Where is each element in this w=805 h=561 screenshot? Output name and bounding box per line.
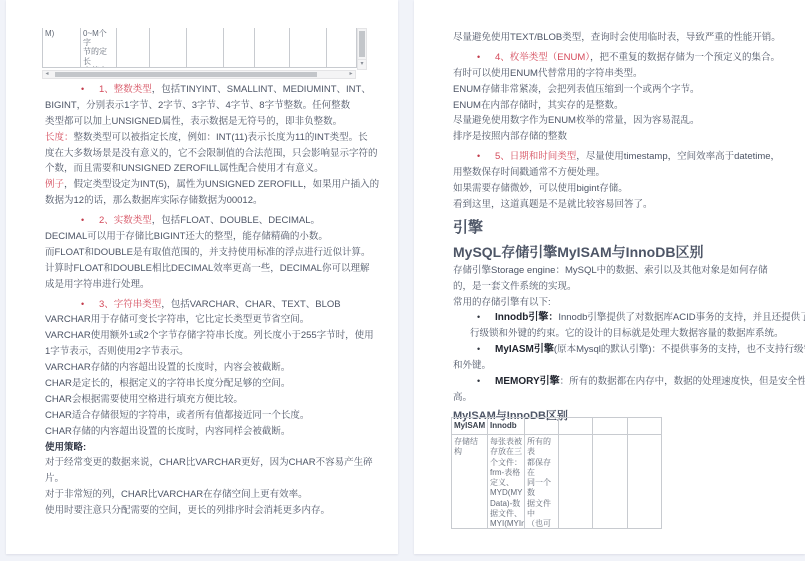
text-line: •Innodb引擎：Innodb引擎提供了对数据库ACID事务的支持，并且还提供… [453,310,779,326]
text-line: 而FLOAT和DOUBLE是有取值范围的，并支持使用标准的浮点进行近似计算。 [45,245,371,261]
text-line: 用整数保存时间戳通常不方便处理。 [453,165,779,181]
text-segment: (原本Mysql的默认引擎)：不提供事务的支持，也不支持行级锁 [554,344,805,355]
table-cell: 存储结构 [452,435,488,529]
text-segment: ，包括VARCHAR、CHAR、TEXT、BLOB [161,299,340,310]
text-line: ENUM存储非常紧凑，会把列表值压缩到一个或两个字节。 [453,82,779,98]
table-cell [559,435,593,529]
text-line: •MEMORY引擎：所有的数据都在内存中，数据的处理速度快，但是安全性不 [453,374,779,390]
document-page-left: M)0~M个字 节的定长 字节字符 串 ◂ ▸ ▾ •1、整数类型，包括TINY… [6,0,398,554]
bullet-icon: • [81,213,99,229]
text-segment: BIGINT，分别表示1字节、2字节、3字节、4字节、8字节整数。任何整数 [45,100,350,111]
table-cell [327,28,357,67]
table-cell: 所有的表 都保存在 同一个数 据文件中 （也可能 是多个文 件，或者 是独立的 … [525,435,559,529]
text-segment: ，包括FLOAT、DOUBLE、DECIMAL。 [152,215,320,226]
text-line: 个数，而且需要和UNSIGNED ZEROFILL属性配合使用才有意义。 [45,161,371,177]
bullet-icon: • [477,310,495,326]
table-cell [559,418,593,435]
text-segment: ENUM在内部存储时，其实存的是整数。 [453,100,623,111]
heading: MySQL存储引擎MyISAM与InnoDB区别 [453,241,779,263]
text-segment: CHAR适合存储很短的字符串，或者所有值都接近同一个长度。 [45,410,309,421]
table-cell [117,28,150,67]
text-segment: 类型都可以加上UNSIGNED属性，表示数据是无符号的，即非负整数。 [45,116,342,127]
text-line: ENUM在内部存储时，其实存的是整数。 [453,98,779,114]
text-line: 的，是一套文件系统的实现。 [453,279,779,295]
text-line: 如果需要存储微妙，可以使用bigint存储。 [453,181,779,197]
text-segment: 对于经常变更的数据来说，CHAR比VARCHAR更好，因为CHAR不容易产生碎 [45,457,373,468]
bullet-icon: • [477,342,495,358]
text-segment: 如果需要存储微妙，可以使用bigint存储。 [453,183,628,194]
text-segment: 2、实数类型 [99,215,152,226]
right-table-header: MyISAMInnodb [452,417,662,435]
table-cell [290,28,327,67]
table-cell [525,418,559,435]
text-line: 度在大多数场景是没有意义的，它不会限制值的合法范围，只会影响显示字符的 [45,146,371,162]
text-line: 尽量避免使用数字作为ENUM枚举的常量，因为容易混乱。 [453,113,779,129]
horizontal-scrollbar[interactable]: ◂ ▸ [42,70,356,79]
text-segment: 和外键。 [453,360,491,371]
text-line: VARCHAR使用额外1或2个字节存储字符串长度。列长度小于255字节时，使用 [45,328,371,344]
text-line: 有时可以使用ENUM代替常用的字符串类型。 [453,66,779,82]
text-segment: 成是用字符串进行处理。 [45,279,150,290]
text-segment: 有时可以使用ENUM代替常用的字符串类型。 [453,68,642,79]
text-line: BIGINT，分别表示1字节、2字节、3字节、4字节、8字节整数。任何整数 [45,98,371,114]
text-segment: 尽量避免使用TEXT/BLOB类型，查询时会使用临时表，导致严重的性能开销。 [453,32,781,43]
vertical-scrollbar-thumb[interactable] [359,31,365,57]
text-segment: ，把不重复的数据存储为一个预定义的集合。 [590,52,780,63]
text-line: 计算时FLOAT和DOUBLE相比DECIMAL效率更高一些，DECIMAL你可… [45,261,371,277]
table-cell [187,28,224,67]
text-segment: 存储引擎Storage engine：MySQL中的数据、索引以及其他对象是如何… [453,265,768,276]
horizontal-scrollbar-thumb[interactable] [55,72,317,77]
text-segment: 排序是按照内部存储的整数 [453,131,567,142]
text-segment: 用整数保存时间戳通常不方便处理。 [453,167,605,178]
text-line: 使用策略: [45,440,371,456]
text-segment: 行级锁和外键的约束。它的设计的目标就是处理大数据容量的数据库系统。 [470,328,784,339]
text-segment: 高。 [453,392,472,403]
bullet-icon: • [477,50,495,66]
table-cell: 每张表被 存放在三 个文件： frm-表格 定义、 MYD(MY Data)-数… [488,435,525,529]
table-cell [593,418,628,435]
text-line: 使用时要注意只分配需要的空间，更长的列排序时会消耗更多内存。 [45,503,371,519]
text-segment: 而FLOAT和DOUBLE是有取值范围的，并支持使用标准的浮点进行近似计算。 [45,247,370,258]
text-segment: DECIMAL可以用于存储比BIGINT还大的整型，能存储精确的小数。 [45,231,328,242]
right-table-row: 存储结构每张表被 存放在三 个文件： frm-表格 定义、 MYD(MY Dat… [452,435,662,529]
text-segment: MEMORY引擎 [495,376,560,387]
text-line: 排序是按照内部存储的整数 [453,129,779,145]
bullet-icon: • [477,149,495,165]
text-segment: 例子 [45,179,64,190]
text-line: 和外键。 [453,358,779,374]
text-line: 1字节表示，否则使用2字节表示。 [45,344,371,360]
left-table-row: M)0~M个字 节的定长 字节字符 串 [43,28,357,67]
text-line: CHAR存储的内容超出设置的长度时，内容同样会被截断。 [45,424,371,440]
text-segment: VARCHAR存储的内容超出设置的长度时，内容会被截断。 [45,362,290,373]
text-line: 存储引擎Storage engine：MySQL中的数据、索引以及其他对象是如何… [453,263,779,279]
text-segment: MySQL存储引擎MyISAM与InnoDB区别 [453,244,703,260]
text-segment: ，包括TINYINT、SMALLINT、MEDIUMINT、INT、 [152,84,371,95]
text-line: VARCHAR用于存储可变长字符串，它比定长类型更节省空间。 [45,312,371,328]
document-viewer: M)0~M个字 节的定长 字节字符 串 ◂ ▸ ▾ •1、整数类型，包括TINY… [0,0,805,561]
text-segment: VARCHAR使用额外1或2个字节存储字符串长度。列长度小于255字节时，使用 [45,330,374,341]
text-segment: MyIASM引擎 [495,344,554,355]
text-segment: 计算时FLOAT和DOUBLE相比DECIMAL效率更高一些，DECIMAL你可… [45,263,369,274]
text-line: VARCHAR存储的内容超出设置的长度时，内容会被截断。 [45,360,371,376]
text-segment: 度在大多数场景是没有意义的，它不会限制值的合法范围，只会影响显示字符的 [45,148,378,159]
table-cell [255,28,290,67]
right-page-text: 尽量避免使用TEXT/BLOB类型，查询时会使用临时表，导致严重的性能开销。•4… [453,30,779,424]
text-segment: 整数类型可以被指定长度，例如：INT(11)表示长度为11的INT类型。长 [74,132,368,143]
text-segment: 尽量避免使用数字作为ENUM枚举的常量，因为容易混乱。 [453,115,699,126]
text-segment: 1、整数类型 [99,84,152,95]
text-line: •5、日期和时间类型，尽量使用timestamp，空间效率高于datetime， [453,149,779,165]
text-segment: 对于非常短的列，CHAR比VARCHAR在存储空间上更有效率。 [45,489,308,500]
text-segment: 长度： [45,132,74,143]
text-line: •MyIASM引擎(原本Mysql的默认引擎)：不提供事务的支持，也不支持行级锁 [453,342,779,358]
bullet-icon: • [477,374,495,390]
text-line: 对于非常短的列，CHAR比VARCHAR在存储空间上更有效率。 [45,487,371,503]
text-segment: 使用策略: [45,442,86,453]
text-segment: 使用时要注意只分配需要的空间，更长的列排序时会消耗更多内存。 [45,505,330,516]
text-segment: 引擎 [453,219,483,236]
table-cell: Innodb [488,418,525,435]
text-segment: VARCHAR用于存储可变长字符串，它比定长类型更节省空间。 [45,314,309,325]
text-segment: ，假定类型设定为INT(5)，属性为UNSIGNED ZEROFILL，如果用户… [64,179,379,190]
text-line: 行级锁和外键的约束。它的设计的目标就是处理大数据容量的数据库系统。 [453,326,779,342]
left-page-text: •1、整数类型，包括TINYINT、SMALLINT、MEDIUMINT、INT… [45,82,371,519]
text-line: 类型都可以加上UNSIGNED属性，表示数据是无符号的，即非负整数。 [45,114,371,130]
scroll-left-icon[interactable]: ◂ [43,70,51,79]
text-segment: 片。 [45,473,64,484]
text-line: •2、实数类型，包括FLOAT、DOUBLE、DECIMAL。 [45,213,371,229]
bullet-icon: • [81,82,99,98]
text-line: 看到这里，这道真题是不是就比较容易回答了。 [453,197,779,213]
text-segment: 的，是一套文件系统的实现。 [453,281,577,292]
datatype-table-fragment: M)0~M个字 节的定长 字节字符 串 [42,28,357,68]
document-page-right: 尽量避免使用TEXT/BLOB类型，查询时会使用临时表，导致严重的性能开销。•4… [414,0,805,554]
text-line: •1、整数类型，包括TINYINT、SMALLINT、MEDIUMINT、INT… [45,82,371,98]
text-line: •4、枚举类型（ENUM），把不重复的数据存储为一个预定义的集合。 [453,50,779,66]
text-segment: ，尽量使用timestamp，空间效率高于datetime， [576,151,780,162]
table-cell [628,435,662,529]
table-cell: 0~M个字 节的定长 字节字符 串 [81,28,117,67]
text-segment: ENUM存储非常紧凑，会把列表值压缩到一个或两个字节。 [453,84,699,95]
text-segment: CHAR是定长的，根据定义的字符串长度分配足够的空间。 [45,378,290,389]
text-line: 片。 [45,471,371,487]
text-segment: 常用的存储引擎有以下: [453,297,551,308]
text-segment: 3、字符串类型 [99,299,161,310]
text-segment: CHAR存储的内容超出设置的长度时，内容同样会被截断。 [45,426,290,437]
text-line: 数据为12的话，那么数据库实际存储数据为00012。 [45,193,371,209]
table-cell [628,418,662,435]
scroll-right-icon[interactable]: ▸ [347,70,355,79]
text-segment: 看到这里，这道真题是不是就比较容易回答了。 [453,199,653,210]
table-cell [224,28,255,67]
vertical-scrollbar[interactable]: ▾ [357,28,367,70]
text-line: 高。 [453,390,779,406]
text-segment: Innodb引擎提供了对数据库ACID事务的支持，并且还提供了 [558,312,805,323]
text-line: 例子，假定类型设定为INT(5)，属性为UNSIGNED ZEROFILL，如果… [45,177,371,193]
heading: 引擎 [453,215,779,241]
table-cell [150,28,187,67]
text-line: •3、字符串类型，包括VARCHAR、CHAR、TEXT、BLOB [45,297,371,313]
text-line: 尽量避免使用TEXT/BLOB类型，查询时会使用临时表，导致严重的性能开销。 [453,30,779,46]
table-cell: M) [43,28,81,67]
table-cell [593,435,628,529]
scroll-down-icon[interactable]: ▾ [358,59,366,69]
text-segment: 数据为12的话，那么数据库实际存储数据为00012。 [45,195,263,206]
text-segment: 5、日期和时间类型 [495,151,576,162]
text-line: CHAR会根据需要使用空格进行填充方便比较。 [45,392,371,408]
text-line: 长度：整数类型可以被指定长度，例如：INT(11)表示长度为11的INT类型。长 [45,130,371,146]
table-cell: MyISAM [452,418,488,435]
text-segment: 4、枚举类型（ENUM） [495,52,590,63]
text-line: 对于经常变更的数据来说，CHAR比VARCHAR更好，因为CHAR不容易产生碎 [45,455,371,471]
text-segment: 1字节表示，否则使用2字节表示。 [45,346,189,357]
text-segment: ：所有的数据都在内存中，数据的处理速度快，但是安全性不 [560,376,805,387]
text-line: CHAR适合存储很短的字符串，或者所有值都接近同一个长度。 [45,408,371,424]
text-segment: 个数，而且需要和UNSIGNED ZEROFILL属性配合使用才有意义。 [45,163,324,174]
text-line: 成是用字符串进行处理。 [45,277,371,293]
bullet-icon: • [81,297,99,313]
text-segment: CHAR会根据需要使用空格进行填充方便比较。 [45,394,243,405]
text-segment: Innodb引擎： [495,312,558,323]
text-line: 常用的存储引擎有以下: [453,295,779,311]
text-line: CHAR是定长的，根据定义的字符串长度分配足够的空间。 [45,376,371,392]
text-line: DECIMAL可以用于存储比BIGINT还大的整型，能存储精确的小数。 [45,229,371,245]
myisam-innodb-table: MyISAMInnodb 存储结构每张表被 存放在三 个文件： frm-表格 定… [451,417,662,529]
